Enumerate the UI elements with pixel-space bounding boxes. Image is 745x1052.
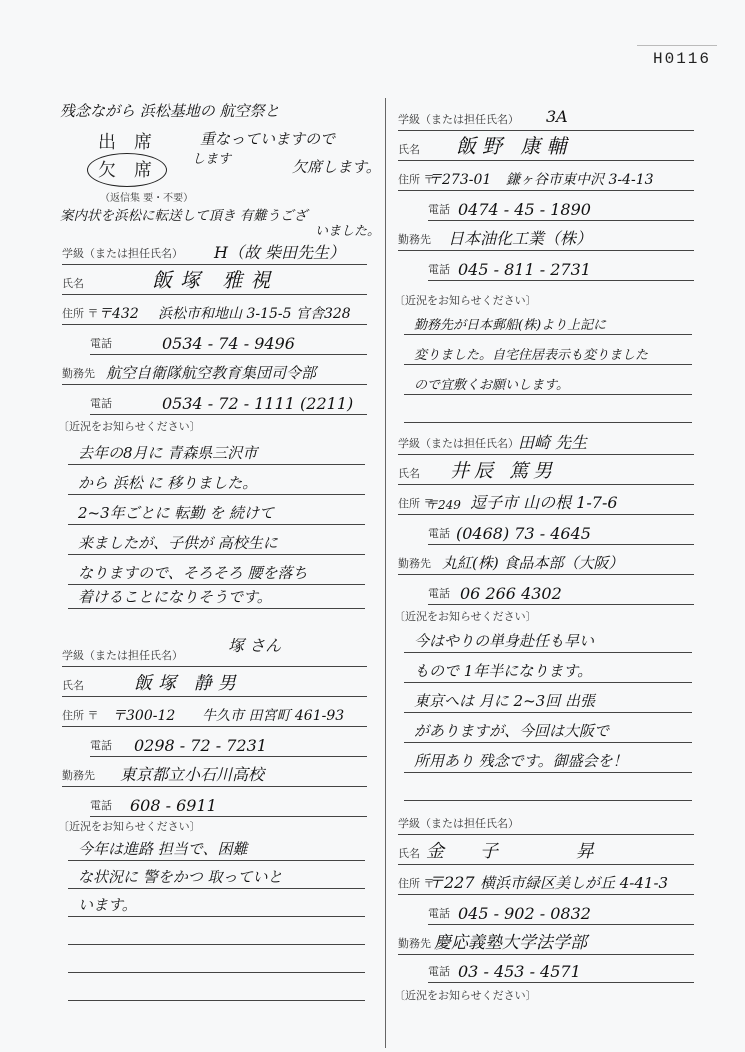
name-value: 飯野 康輔: [456, 130, 572, 159]
phone-value: 0474 - 45 - 1890: [458, 200, 591, 219]
news-line: 所用あり 残念です。御盛会を！: [404, 744, 692, 773]
phone-value: 0534 - 74 - 9496: [162, 334, 295, 353]
work-phone-label: 電話: [428, 963, 450, 979]
news-line: [68, 946, 365, 973]
workplace-value: 航空自衛隊航空教育集団司令部: [106, 362, 316, 383]
address-value: 鎌ヶ谷市東中沢 3-4-13: [506, 169, 654, 189]
document-id: H0116: [653, 50, 711, 68]
work-phone-row: 電話 608 - 6911: [90, 788, 367, 817]
class-row: 学級（または担任氏名） 3A: [398, 104, 694, 131]
class-label: 学級（または担任氏名）: [398, 815, 519, 831]
name-row: 氏名 飯野 康輔: [398, 132, 694, 161]
news-line: から 浜松 に 移りました。: [68, 466, 365, 495]
work-phone-label: 電話: [428, 261, 450, 277]
class-label: 学級（または担任氏名）: [398, 111, 519, 127]
class-label: 学級（または担任氏名）: [62, 647, 183, 663]
class-row: 学級（または担任氏名） 塚 さん: [62, 640, 367, 667]
workplace-row: 勤務先 航空自衛隊航空教育集団司令部: [62, 356, 367, 385]
attendance-message-line1: 残念ながら 浜松基地の 航空祭と: [60, 100, 280, 121]
news-line: ので宜敷くお願いします。: [404, 366, 692, 395]
id-underline: [637, 45, 717, 46]
news-line: なりますので、そろそろ 腰を落ち: [68, 556, 365, 585]
news-line: 勤務先が日本郵船(株)より上記に: [404, 306, 692, 335]
news-line: 東京へは 月に 2~3回 出張: [404, 684, 692, 713]
news-line: [404, 396, 692, 423]
phone-value: 0298 - 72 - 7231: [134, 736, 267, 755]
document-page: H0116 残念ながら 浜松基地の 航空祭と 出席 重なっていますので 欠席 し…: [0, 0, 745, 1052]
address-value: 横浜市緑区美しが丘 4-41-3: [480, 872, 668, 893]
postal-value: 〒300-12: [112, 705, 175, 725]
class-label: 学級（または担任氏名）: [62, 245, 183, 261]
workplace-value: 丸紅(株) 食品本部（大阪）: [442, 552, 623, 573]
address-row: 住所 〒 〒432 浜松市和地山 3-15-5 官舎328: [62, 296, 367, 325]
workplace-label: 勤務先: [398, 555, 431, 571]
column-divider: [385, 98, 386, 1048]
workplace-label: 勤務先: [62, 365, 95, 381]
class-value: 塚 さん: [228, 633, 281, 656]
workplace-row: 勤務先 丸紅(株) 食品本部（大阪）: [398, 546, 694, 575]
address-row: 住所 〒 〒273-01 鎌ヶ谷市東中沢 3-4-13: [398, 162, 694, 191]
address-label: 住所 〒: [62, 305, 99, 321]
phone-label: 電話: [90, 335, 112, 351]
class-value: 田崎 先生: [518, 430, 587, 453]
workplace-row: 勤務先 東京都立小石川高校: [62, 758, 367, 787]
address-value: 牛久市 田宮町 461-93: [202, 705, 344, 725]
attendance-message-line3: 欠席します。: [292, 156, 381, 177]
news-line: [68, 974, 365, 1001]
phone-row: 電話 0298 - 72 - 7231: [90, 728, 367, 757]
work-phone-value: 03 - 453 - 4571: [458, 962, 581, 981]
news-line: がありますが、今回は大阪で: [404, 714, 692, 743]
class-value: H（故 柴田先生）: [214, 240, 345, 263]
name-label: 氏名: [398, 141, 420, 157]
address-value: 浜松市和地山 3-15-5 官舎328: [158, 303, 351, 323]
news-line: な状況に 警をかつ 取っていと: [68, 862, 365, 889]
class-value: 3A: [546, 107, 568, 126]
name-value: 金子 昇: [426, 837, 630, 863]
work-phone-label: 電話: [90, 395, 112, 411]
workplace-label: 勤務先: [398, 231, 431, 247]
work-phone-label: 電話: [428, 585, 450, 601]
work-phone-row: 電話 03 - 453 - 4571: [428, 956, 694, 983]
news-line: 去年の8月に 青森県三沢市: [68, 432, 365, 465]
attendance-extra-line1: 案内状を浜松に転送して頂き 有難うござ: [60, 204, 307, 224]
phone-value: (0468) 73 - 4645: [456, 524, 591, 543]
phone-label: 電話: [90, 737, 112, 753]
option-absent[interactable]: 欠席: [98, 156, 170, 182]
news-line: 着けることになりそうです。: [68, 586, 365, 609]
news-heading: 〔近況をお知らせください〕: [394, 987, 537, 1003]
address-label: 住所 〒: [62, 707, 99, 723]
news-line: 今年は進路 担当で、困難: [68, 830, 365, 861]
workplace-label: 勤務先: [62, 767, 95, 783]
workplace-value: 東京都立小石川高校: [120, 762, 264, 785]
name-row: 氏名 飯塚 雅視: [62, 266, 367, 295]
attendance-message-line2: 重なっていますので: [200, 128, 335, 149]
workplace-value: 日本油化工業（株）: [448, 226, 592, 249]
name-row: 氏名 井辰 篤男: [398, 456, 694, 485]
postal-value: 〒227: [428, 870, 475, 893]
name-label: 氏名: [398, 845, 420, 861]
work-phone-row: 電話 0534 - 72 - 1111 (2211): [90, 386, 367, 415]
phone-value: 045 - 902 - 0832: [458, 904, 591, 923]
class-label: 学級（または担任氏名）: [398, 435, 519, 451]
postal-value: 〒249: [426, 496, 461, 513]
name-label: 氏名: [62, 275, 84, 291]
work-phone-value: 06 266 4302: [460, 584, 562, 603]
class-row: 学級（または担任氏名）: [398, 808, 694, 835]
work-phone-value: 0534 - 72 - 1111 (2211): [162, 394, 353, 413]
phone-label: 電話: [428, 905, 450, 921]
address-row: 住所 〒 〒300-12 牛久市 田宮町 461-93: [62, 698, 367, 727]
option-attend[interactable]: 出席: [98, 128, 170, 154]
reply-note: （返信集 要・不要）: [100, 189, 193, 204]
phone-row: 電話 0474 - 45 - 1890: [428, 192, 694, 221]
phone-row: 電話 045 - 902 - 0832: [428, 896, 694, 925]
work-phone-row: 電話 045 - 811 - 2731: [428, 252, 694, 281]
class-row: 学級（または担任氏名） 田崎 先生: [398, 428, 694, 455]
news-line: [68, 918, 365, 945]
address-row: 住所 〒 〒249 逗子市 山の根 1-7-6: [398, 486, 694, 515]
name-label: 氏名: [398, 465, 420, 481]
news-line: います。: [68, 890, 365, 917]
workplace-row: 勤務先 日本油化工業（株）: [398, 222, 694, 251]
name-value: 飯塚 雅視: [152, 264, 278, 293]
phone-row: 電話 (0468) 73 - 4645: [428, 516, 694, 545]
postal-value: 〒273-01: [428, 169, 491, 189]
address-row: 住所 〒 〒227 横浜市緑区美しが丘 4-41-3: [398, 866, 694, 895]
name-value: 飯塚 静男: [134, 669, 242, 695]
news-line: [404, 774, 692, 801]
work-phone-value: 045 - 811 - 2731: [458, 260, 591, 279]
attendance-extra-line2: いました。: [315, 220, 380, 239]
attendance-block: 残念ながら 浜松基地の 航空祭と 出席 重なっていますので 欠席 します 欠席し…: [60, 98, 385, 238]
address-value: 逗子市 山の根 1-7-6: [470, 490, 618, 513]
workplace-row: 勤務先 慶応義塾大学法学部: [398, 926, 694, 955]
phone-row: 電話 0534 - 74 - 9496: [90, 326, 367, 355]
name-label: 氏名: [62, 677, 84, 693]
name-row: 氏名 金子 昇: [398, 836, 694, 865]
work-phone-row: 電話 06 266 4302: [428, 576, 694, 605]
class-row: 学級（または担任氏名） H（故 柴田先生）: [62, 238, 367, 265]
news-line: 今はやりの単身赴任も早い: [404, 620, 692, 653]
news-line: 2~3年ごとに 転勤 を 続けて: [68, 496, 365, 525]
workplace-value: 慶応義塾大学法学部: [434, 928, 587, 953]
news-line: 来ましたが、子供が 高校生に: [68, 526, 365, 555]
postal-value: 〒432: [98, 303, 139, 323]
name-row: 氏名 飯塚 静男: [62, 668, 367, 697]
news-line: もので 1年半になります。: [404, 654, 692, 683]
work-phone-value: 608 - 6911: [130, 796, 217, 815]
name-value: 井辰 篤男: [450, 456, 557, 483]
attendance-suffix: します: [192, 148, 231, 167]
news-line: 変りました。自宅住居表示も変りました: [404, 336, 692, 365]
phone-label: 電話: [428, 201, 450, 217]
work-phone-label: 電話: [90, 797, 112, 813]
workplace-label: 勤務先: [398, 935, 431, 951]
phone-label: 電話: [428, 525, 450, 541]
